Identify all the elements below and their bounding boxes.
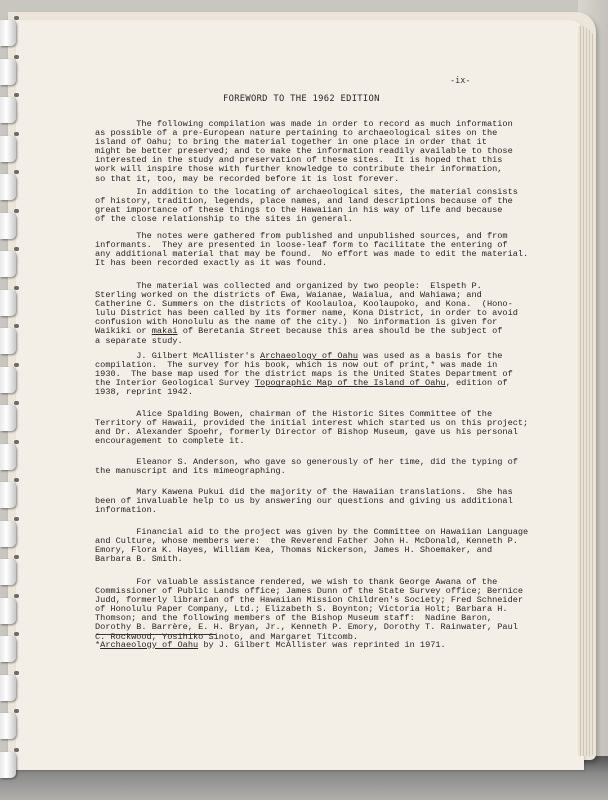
spiral-coil [0,521,16,547]
paragraph: Mary Kawena Pukui did the majority of th… [95,488,565,515]
spiral-coil [0,675,16,701]
page-number: -ix- [450,76,470,86]
paragraph: In addition to the locating of archaeolo… [95,188,565,224]
spiral-coil [0,752,16,778]
paragraph: Eleanor S. Anderson, who gave so generou… [95,458,565,476]
spiral-coil [0,405,16,431]
spiral-coil [0,213,16,239]
spiral-coil [0,713,16,739]
paragraph: J. Gilbert McAllister's Archaeology of O… [95,352,565,397]
spiral-coil [0,290,16,316]
spiral-coil [0,136,16,162]
spiral-coil [0,482,16,508]
footnote-rule [96,634,216,635]
spiral-coil [0,20,16,46]
spiral-coil [0,251,16,277]
footnote: *Archaeology of Oahu by J. Gilbert McAll… [95,641,565,650]
paragraph: The notes were gathered from published a… [95,232,565,268]
spiral-binding [0,20,22,780]
paragraph: Alice Spalding Bowen, chairman of the Hi… [95,410,565,446]
page-title: FOREWORD TO THE 1962 EDITION [223,94,380,104]
spiral-coil [0,444,16,470]
spiral-coil [0,328,16,354]
spiral-coil [0,174,16,200]
paragraph: The following compilation was made in or… [95,120,565,184]
spiral-coil [0,59,16,85]
paragraph: For valuable assistance rendered, we wis… [95,578,565,642]
spiral-coil [0,598,16,624]
spiral-coil [0,636,16,662]
paragraph: The material was collected and organized… [95,282,565,346]
spiral-coil [0,97,16,123]
spiral-coil [0,559,16,585]
spiral-coil [0,367,16,393]
paragraph: Financial aid to the project was given b… [95,528,565,564]
